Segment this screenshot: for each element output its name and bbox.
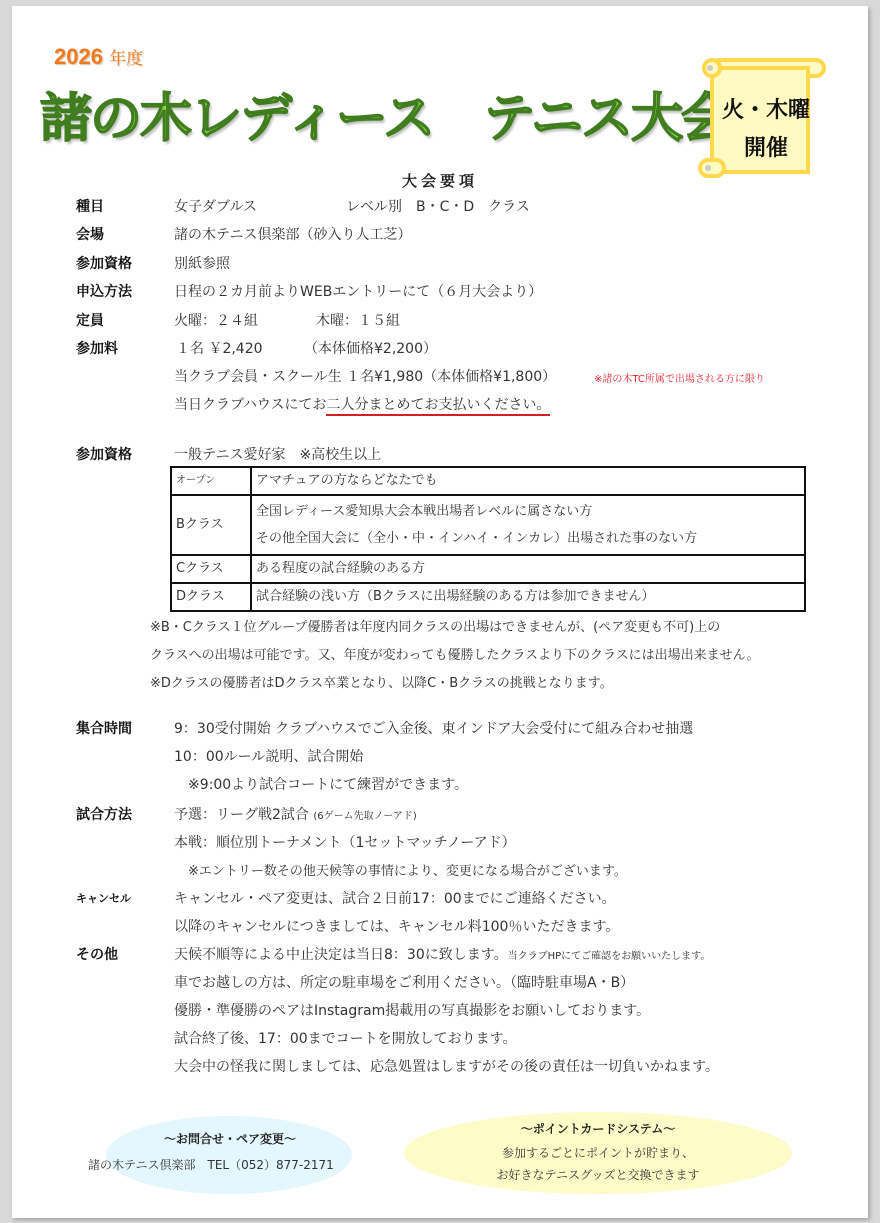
other-label: その他 [76,944,118,964]
class-desc-line: 全国レディース愛知県大会本戦出場者レベルに属さない方 [256,498,800,525]
section-heading: 大会要項 [12,170,868,191]
other-line: 車でお越しの方は、所定の駐車場をご利用ください。（臨時駐車場A・B） [174,972,634,992]
detail-value-application: 日程の２カ月前よりWEBエントリーにて（６月大会より） [174,281,542,301]
detail-label-application: 申込方法 [76,281,132,301]
fee-member: 当クラブ会員・スクール生 １名¥1,980（本体価格¥1,800） [174,366,556,386]
class-desc-line: その他全国大会に（全小・中・インハイ・インカレ）出場された事のない方 [256,525,800,552]
year-label: 2026 年度 [54,44,143,70]
detail-label-capacity: 定員 [76,310,104,330]
detail-label-eligibility: 参加資格 [76,253,132,273]
schedule-line: ※9:00より試合コートにて練習ができます。 [188,774,468,794]
detail-value-event: 女子ダブルス [174,196,257,216]
contact-title: ～お問合せ・ペア変更～ [120,1130,340,1147]
contact-ellipse [106,1116,352,1194]
cancel-line: 以降のキャンセルにつきましては、キャンセル料100％いただきます。 [174,916,619,936]
contact-line: 諸の木テニス倶楽部 TEL（052）877-2171 [88,1156,334,1173]
format-label: 試合方法 [76,804,132,824]
other-line: 優勝・準優勝のペアはInstagram掲載用の写真撮影をお願いしております。 [174,1000,650,1020]
class-table: オープン アマチュアの方ならどなたでも Bクラス 全国レディース愛知県大会本戦出… [170,466,806,612]
format-prelim-detail: (6ゲーム先取ノーアド) [313,811,416,822]
class-desc: アマチュアの方ならどなたでも [251,467,805,495]
class-name: オープン [171,467,251,495]
detail-value-capacity-thu: 木曜：１５組 [316,310,400,330]
format-note: ※エントリー数その他天候等の事情により、変更になる場合がございます。 [188,860,627,879]
pointcard-title: ～ポイントカードシステム～ [404,1120,792,1137]
schedule-badge-scroll: 火・木曜 開催 [698,56,822,178]
fee-payment-note: 当日クラブハウスにてお二人分まとめてお支払いください。 [174,394,550,414]
other-line-text: 天候不順等による中止決定は当日8：30に致します。 [174,947,508,963]
fee-member-note: ※諸の木TC所属で出場される方に限り [594,370,765,385]
year-number: 2026 [54,44,103,69]
fee-general: １名 ￥2,420 [176,338,263,358]
other-line-small: 当クラブHPにてご確認をお願いいたします。 [508,951,711,962]
fee-label: 参加料 [76,338,118,358]
class-name: Bクラス [171,495,251,555]
schedule-line: 9：30受付開始 クラブハウスでご入金後、東インドア大会受付にて組み合わせ抽選 [174,718,693,738]
format-prelim: 予選：リーグ戦2試合 (6ゲーム先取ノーアド) [174,804,417,824]
detail-label-venue: 会場 [76,224,104,244]
detail-value-eligibility: 別紙参照 [174,253,230,273]
schedule-label: 集合時間 [76,718,132,738]
cancel-line: キャンセル・ペア変更は、試合２日前17：00までにご連絡ください。 [174,888,616,908]
other-line: 天候不順等による中止決定は当日8：30に致します。当クラブHPにてご確認をお願い… [174,944,710,964]
class-desc: 試合経験の浅い方（Bクラスに出場経験のある方は参加できません） [251,583,805,611]
detail-label-event: 種目 [76,196,104,216]
eligibility-label: 参加資格 [76,444,132,464]
document-page: 2026 年度 諸の木レディース テニス大会 火・木曜 開催 大会要項 種目 女… [12,6,868,1218]
detail-value-level: レベル別 B・C・D クラス [346,196,530,216]
badge-held: 開催 [716,130,816,168]
year-suffix: 年度 [109,49,143,68]
table-row: Bクラス 全国レディース愛知県大会本戦出場者レベルに属さない方 その他全国大会に… [171,495,805,555]
detail-value-venue: 諸の木テニス倶楽部（砂入り人工芝） [174,224,411,244]
format-main: 本戦：順位別トーナメント（1セットマッチノーアド） [174,832,516,852]
eligibility-note: ※Dクラスの優勝者はDクラス卒業となり、以降C・Bクラスの挑戦となります。 [150,672,613,691]
pointcard-line: お好きなテニスグッズと交換できます [404,1166,792,1183]
class-desc: ある程度の試合経験のある方 [251,555,805,583]
class-name: Dクラス [171,583,251,611]
event-title: 諸の木レディース テニス大会 [40,76,731,151]
detail-value-capacity-tue: 火曜：２４組 [174,310,258,330]
schedule-line: 10：00ルール説明、試合開始 [174,746,363,766]
table-row: オープン アマチュアの方ならどなたでも [171,467,805,495]
cancel-label: キャンセル [76,890,131,906]
table-row: Cクラス ある程度の試合経験のある方 [171,555,805,583]
eligibility-value: 一般テニス愛好家 ※高校生以上 [174,444,381,464]
eligibility-note: クラスへの出場は可能です。又、年度が変わっても優勝したクラスより下のクラスには出… [150,644,759,663]
other-line: 試合終了後、17：00までコートを開放しております。 [174,1028,517,1048]
class-name: Cクラス [171,555,251,583]
format-prelim-text: 予選：リーグ戦2試合 [174,807,309,823]
badge-days: 火・木曜 [716,92,816,130]
fee-general-note: （本体価格¥2,200） [304,338,437,358]
other-line: 大会中の怪我に関しましては、応急処置はしますがその後の責任は一切負いかねます。 [174,1056,719,1076]
table-row: Dクラス 試合経験の浅い方（Bクラスに出場経験のある方は参加できません） [171,583,805,611]
eligibility-note: ※B・Cクラス１位グループ優勝者は年度内同クラスの出場はできませんが、(ペア変更… [150,616,720,635]
class-desc: 全国レディース愛知県大会本戦出場者レベルに属さない方 その他全国大会に（全小・中… [251,495,805,555]
pointcard-line: 参加するごとにポイントが貯まり、 [404,1144,792,1161]
payment-prefix: 当日クラブハウスにてお [174,397,326,413]
payment-emphasis: 二人分まとめてお支払いください。 [326,397,550,416]
